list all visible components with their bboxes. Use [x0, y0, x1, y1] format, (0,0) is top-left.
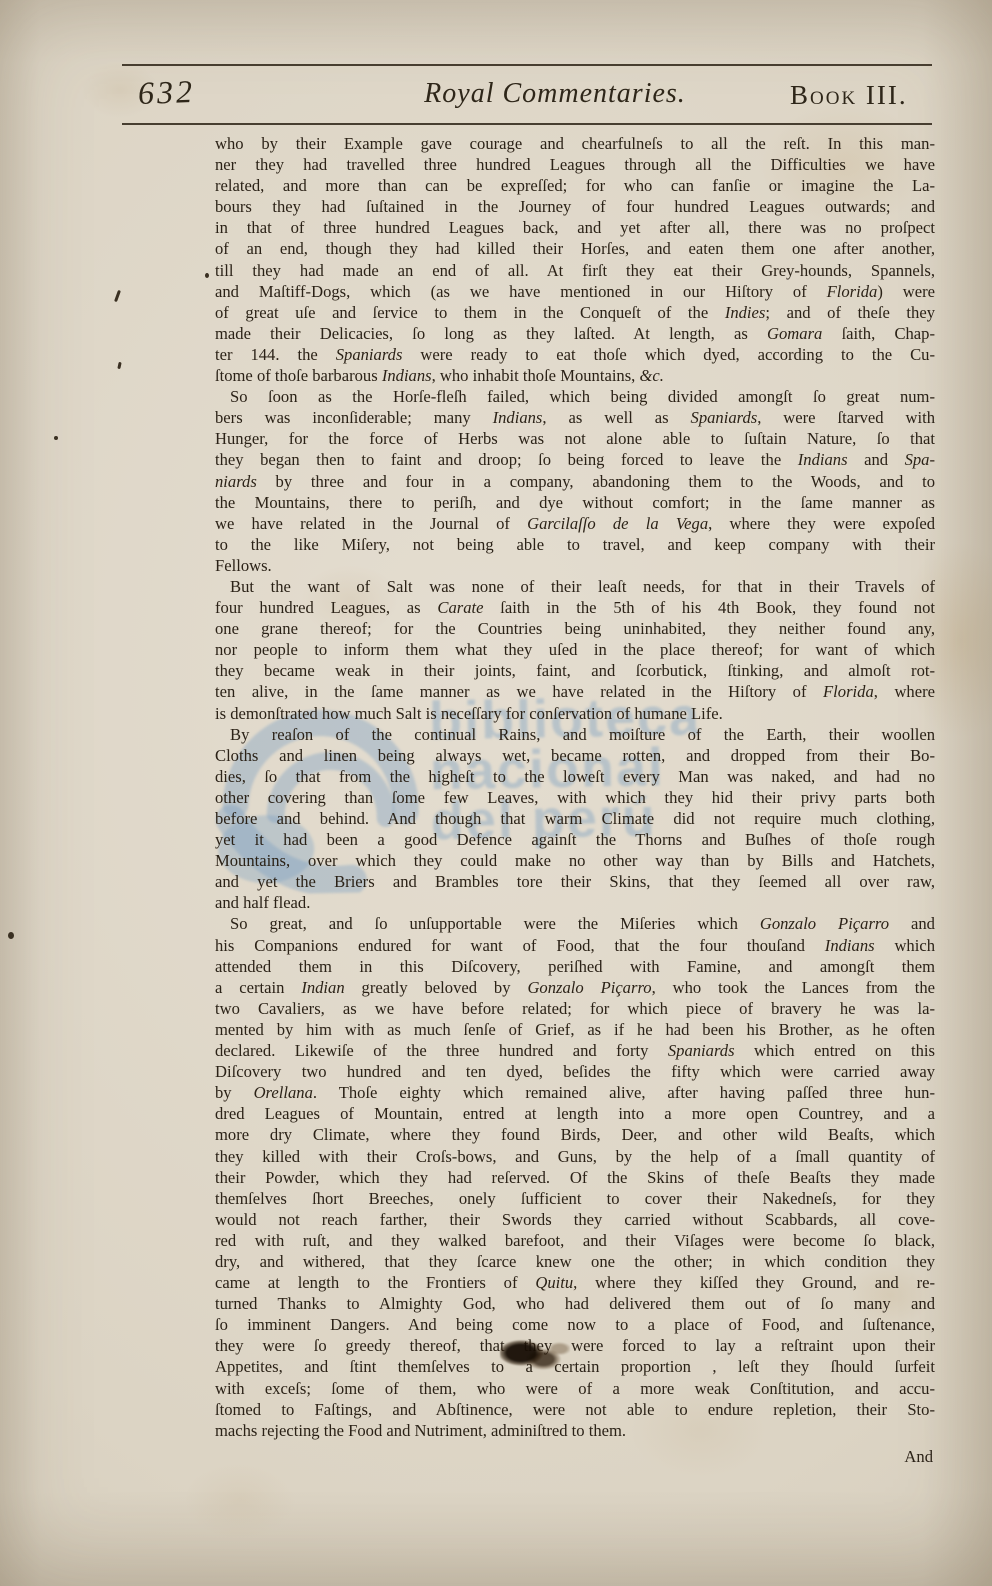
text-line: Hunger, for the force of Herbs was not a…: [215, 428, 935, 449]
margin-mark: [205, 273, 209, 278]
margin-mark: [54, 436, 58, 440]
paragraph: So ſoon as the Horſe-fleſh failed, which…: [215, 386, 935, 576]
text-line: two Cavaliers, as we have before related…: [215, 998, 935, 1019]
paragraph: who by their Example gave courage and ch…: [215, 133, 935, 386]
text-line: his Companions endured for want of Food,…: [215, 935, 935, 956]
text-line: ter 144. the Spaniards were ready to eat…: [215, 344, 935, 365]
text-line: of great uſe and ſervice to them in the …: [215, 302, 935, 323]
margin-mark: [8, 932, 14, 939]
paragraph: So great, and ſo unſupportable were the …: [215, 913, 935, 1440]
text-line: Appetites, and ſtint themſelves to a cer…: [215, 1356, 935, 1377]
header-rule-bottom: [122, 123, 932, 125]
header-rule-top: [122, 64, 932, 66]
text-line: related, and more than can be expreſſed;…: [215, 175, 935, 196]
paragraph: By reaſon of the continual Rains, and mo…: [215, 724, 935, 914]
text-line: ner they had travelled three hundred Lea…: [215, 154, 935, 175]
text-line: their Powder, which they had reſerved. O…: [215, 1167, 935, 1188]
text-line: dred Leagues of Mountain, entred at leng…: [215, 1103, 935, 1124]
text-line: So great, and ſo unſupportable were the …: [215, 913, 935, 934]
text-line: of an end, though they had killed their …: [215, 238, 935, 259]
text-line: bours they had ſuſtained in the Journey …: [215, 196, 935, 217]
text-line: four hundred Leagues, as Carate ſaith in…: [215, 597, 935, 618]
text-line: they killed with their Croſs-bows, and G…: [215, 1146, 935, 1167]
text-line: dies, ſo that from the higheſt to the lo…: [215, 766, 935, 787]
text-block: who by their Example gave courage and ch…: [215, 133, 935, 1441]
text-line: who by their Example gave courage and ch…: [215, 133, 935, 154]
margin-mark: [117, 362, 121, 369]
text-line: other covering than ſome few Leaves, wit…: [215, 787, 935, 808]
text-line: a certain Indian greatly beloved by Gonz…: [215, 977, 935, 998]
text-line: one grane thereof; for the Countries bei…: [215, 618, 935, 639]
text-line: bers was inconſiderable; many Indians, a…: [215, 407, 935, 428]
page-number: 632: [137, 73, 195, 112]
text-line: ſtome of thoſe barbarous Indians, who in…: [215, 365, 935, 386]
margin-mark: [114, 290, 121, 302]
text-line: made their Delicacies, ſo long as they l…: [215, 323, 935, 344]
text-line: in that of three hundred Leagues back, a…: [215, 217, 935, 238]
text-line: niards by three and four in a company, a…: [215, 471, 935, 492]
paragraph: But the want of Salt was none of their l…: [215, 576, 935, 724]
text-line: they were ſo greedy thereof, that they w…: [215, 1335, 935, 1356]
text-line: mented by him with as much ſenſe of Grie…: [215, 1019, 935, 1040]
text-line: ten alive, in the ſame manner as we have…: [215, 681, 935, 702]
text-line: So ſoon as the Horſe-fleſh failed, which…: [215, 386, 935, 407]
text-line: ſo imminent Dangers. And being come now …: [215, 1314, 935, 1335]
catchword: And: [215, 1447, 933, 1467]
running-title: Royal Commentaries.: [395, 78, 715, 110]
text-line: by Orellana. Thoſe eighty which remained…: [215, 1082, 935, 1103]
text-line: before and behind. And though that warm …: [215, 808, 935, 829]
text-line: and half flead.: [215, 892, 935, 913]
text-line: till they had made an end of all. At fir…: [215, 260, 935, 281]
ink-blot: [500, 1334, 570, 1376]
text-line: with exceſs; ſome of them, who were of a…: [215, 1378, 935, 1399]
text-line: came at length to the Frontiers of Quitu…: [215, 1272, 935, 1293]
text-line: is demonſtrated how much Salt is neceſſa…: [215, 703, 935, 724]
text-line: they became weak in their joints, faint,…: [215, 660, 935, 681]
text-line: attended them in this Diſcovery, periſhe…: [215, 956, 935, 977]
book-label: Book III.: [790, 80, 908, 111]
text-line: we have related in the Journal of Garcil…: [215, 513, 935, 534]
text-line: Mountains, over which they could make no…: [215, 850, 935, 871]
text-line: nor people to inform them what they uſed…: [215, 639, 935, 660]
text-line: machs rejecting the Food and Nutriment, …: [215, 1420, 935, 1441]
text-line: they began then to faint and droop; ſo b…: [215, 449, 935, 470]
text-line: to the like Miſery, not being able to tr…: [215, 534, 935, 555]
scanned-book-page: biblioteca nacional del perú 632 Royal C…: [0, 0, 992, 1586]
text-line: the Mountains, there to periſh, and dye …: [215, 492, 935, 513]
text-line: and yet the Briers and Brambles tore the…: [215, 871, 935, 892]
text-line: and Maſtiff-Dogs, which (as we have ment…: [215, 281, 935, 302]
text-line: Fellows.: [215, 555, 935, 576]
text-line: dry, and withered, that they ſcarce knew…: [215, 1251, 935, 1272]
text-line: red with ruſt, and they walked barefoot,…: [215, 1230, 935, 1251]
text-line: themſelves ſhort Breeches, onely ſuffici…: [215, 1188, 935, 1209]
text-line: yet it had been a good Defence againſt t…: [215, 829, 935, 850]
text-line: would not reach farther, their Swords th…: [215, 1209, 935, 1230]
text-line: more dry Climate, where they found Birds…: [215, 1124, 935, 1145]
text-line: declared. Likewiſe of the three hundred …: [215, 1040, 935, 1061]
text-line: Diſcovery two hundred and ten dyed, beſi…: [215, 1061, 935, 1082]
text-line: turned Thanks to Almighty God, who had d…: [215, 1293, 935, 1314]
text-line: But the want of Salt was none of their l…: [215, 576, 935, 597]
text-line: By reaſon of the continual Rains, and mo…: [215, 724, 935, 745]
text-line: ſtomed to Faſtings, and Abſtinence, were…: [215, 1399, 935, 1420]
text-line: Cloths and linen being always wet, becam…: [215, 745, 935, 766]
